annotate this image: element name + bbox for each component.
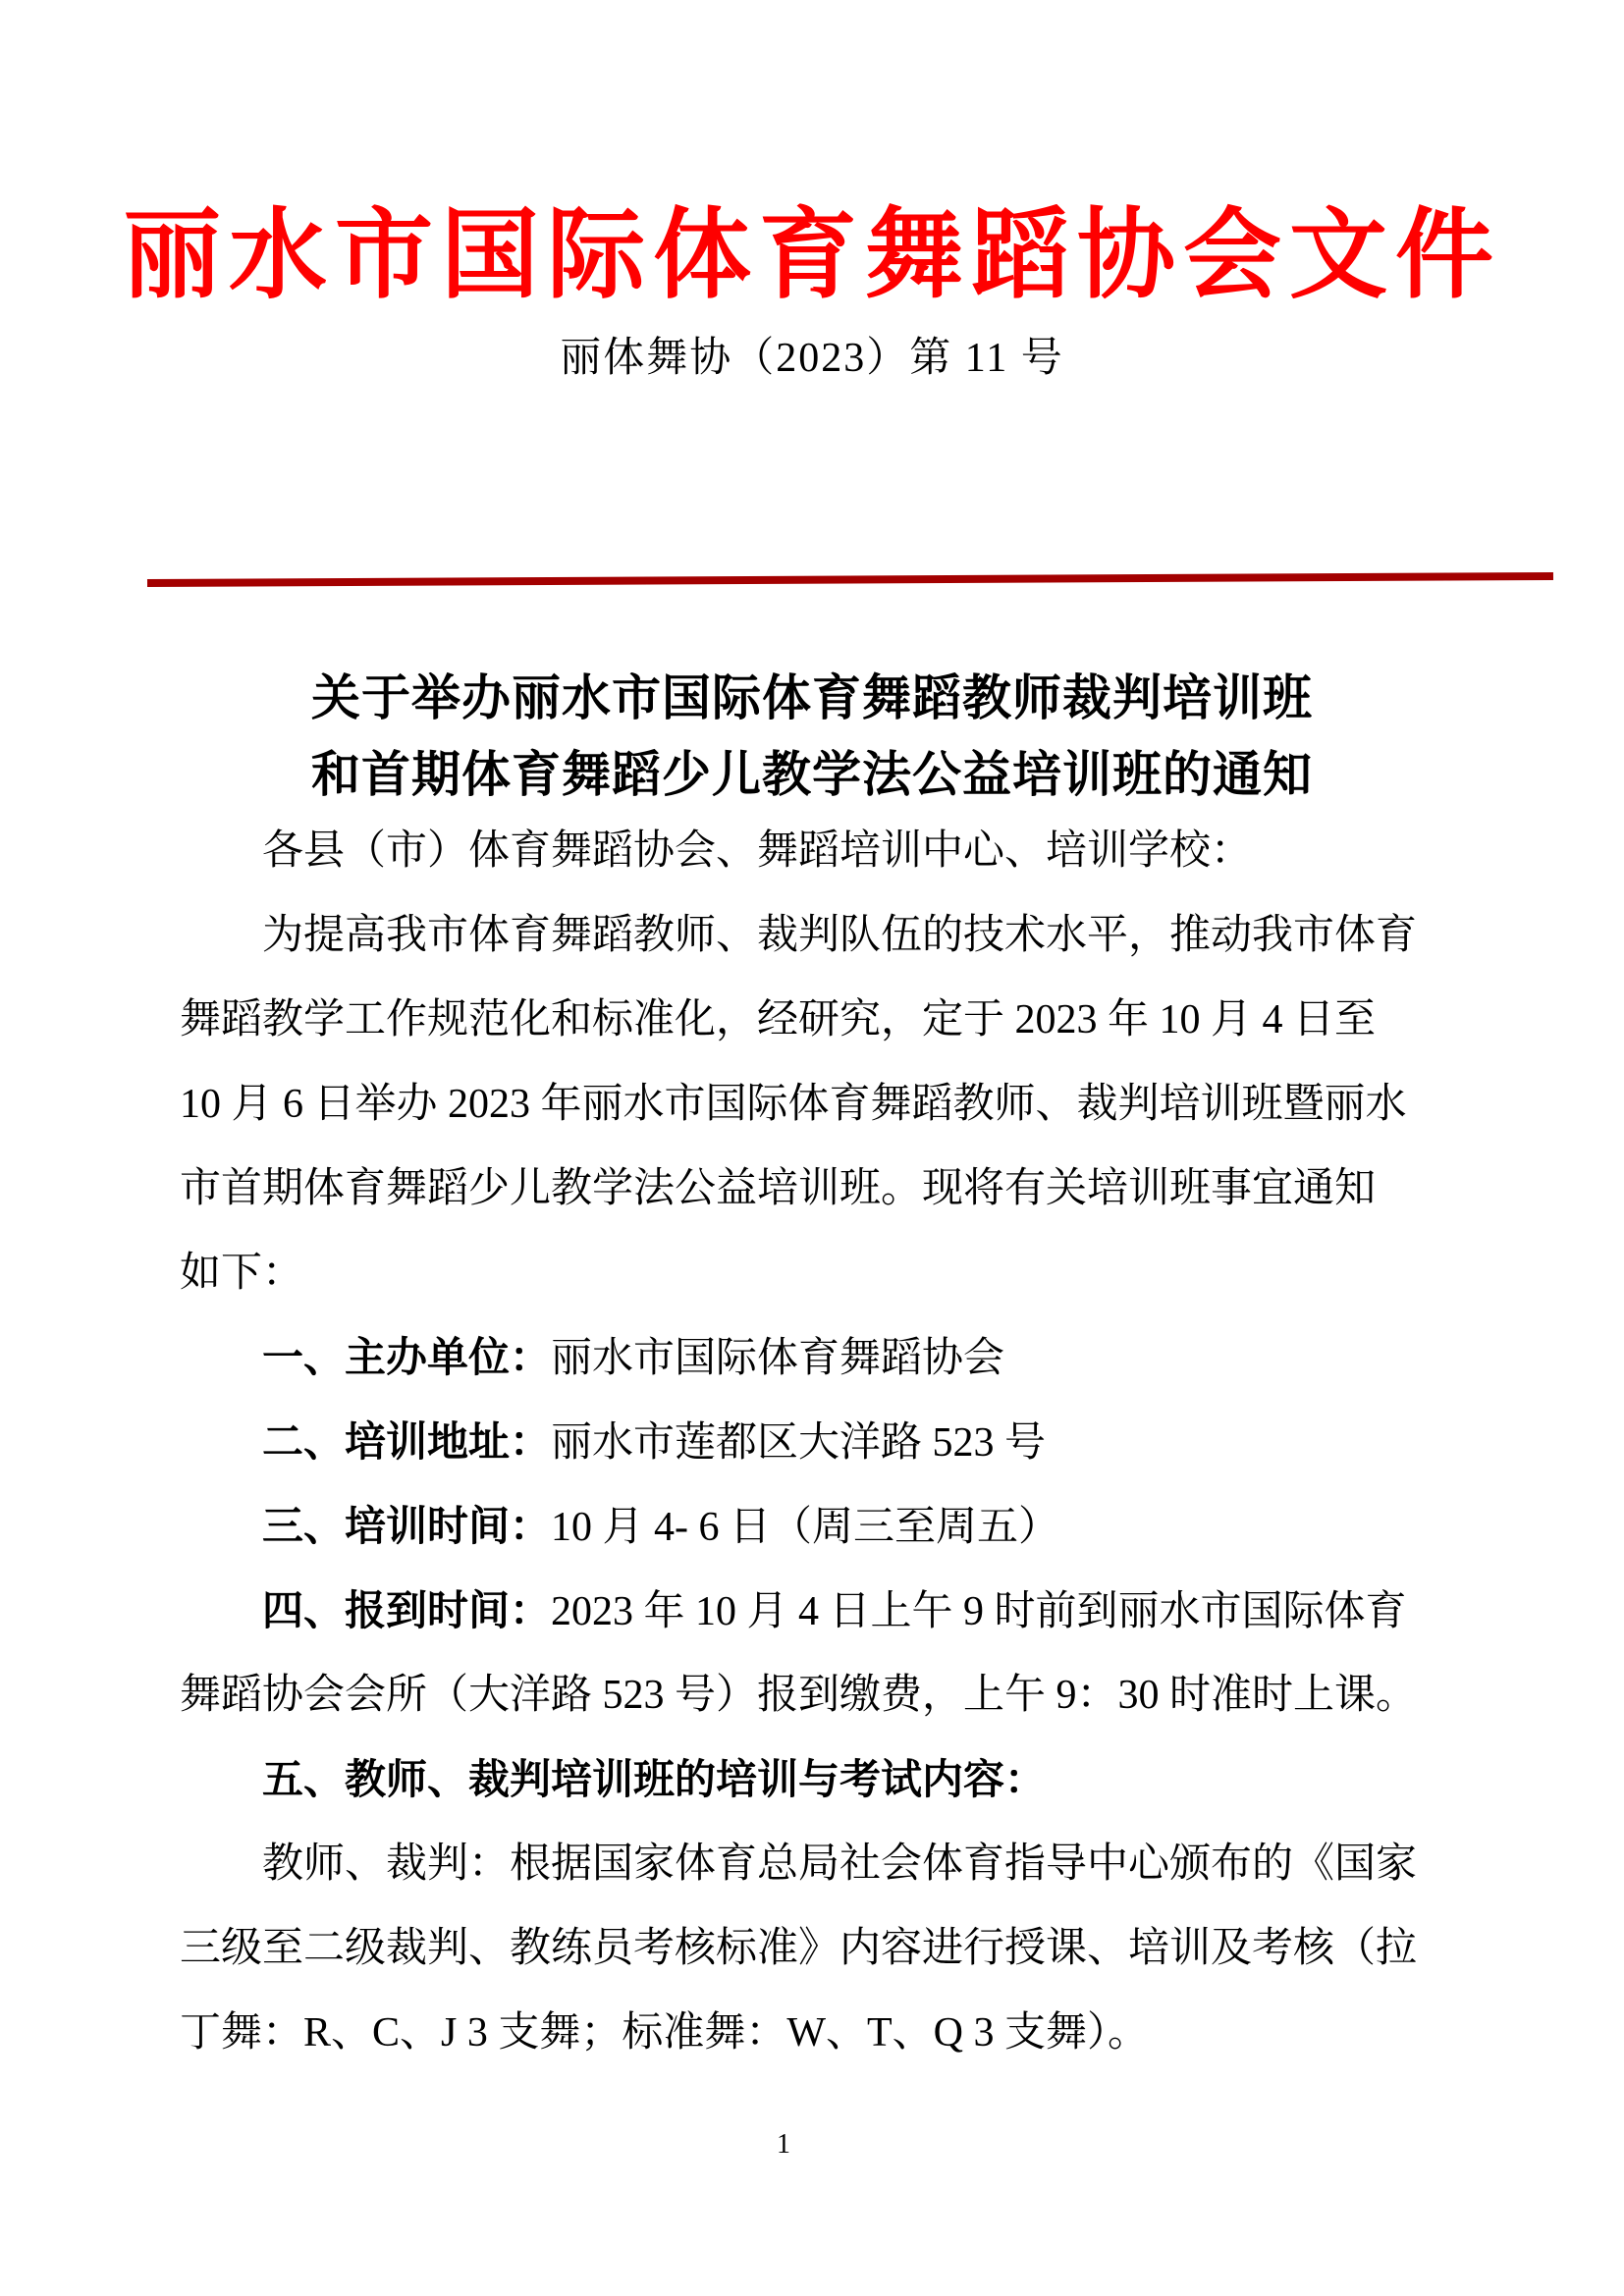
para1-line4: 市首期体育舞蹈少儿教学法公益培训班。现将有关培训班事宜通知 <box>180 1147 1397 1231</box>
para2-line2: 三级至二级裁判、教练员考核标准》内容进行授课、培训及考核（拉 <box>180 1906 1397 1991</box>
item-line-4: 四、报到时间：2023 年 10 月 4 日上午 9 时前到丽水市国际体育 <box>180 1569 1397 1653</box>
para1-line1: 为提高我市体育舞蹈教师、裁判队伍的技术水平，推动我市体育 <box>180 893 1397 978</box>
para2-line1: 教师、裁判：根据国家体育总局社会体育指导中心颁布的《国家 <box>180 1822 1397 1906</box>
item-line-4-continuation: 舞蹈协会会所（大洋路 523 号）报到缴费，上午 9：30 时准时上课。 <box>180 1653 1397 1737</box>
para2-line3: 丁舞：R、C、J 3 支舞；标准舞：W、T、Q 3 支舞）。 <box>180 1991 1397 2075</box>
notice-title-line1: 关于举办丽水市国际体育舞蹈教师裁判培训班 <box>0 660 1624 736</box>
red-separator-line <box>147 572 1553 587</box>
notice-title-line2: 和首期体育舞蹈少儿教学法公益培训班的通知 <box>0 736 1624 813</box>
page-number: 1 <box>0 2120 1567 2169</box>
para1-line5: 如下： <box>180 1231 1397 1315</box>
item-1-label: 一、主办单位： <box>262 1334 551 1380</box>
item-line-3: 三、培训时间：10 月 4- 6 日（周三至周五） <box>180 1484 1397 1569</box>
para1-line3: 10 月 6 日举办 2023 年丽水市国际体育舞蹈教师、裁判培训班暨丽水 <box>180 1062 1397 1147</box>
org-header-title: 丽水市国际体育舞蹈协会文件 <box>0 192 1624 320</box>
item-4-label: 四、报到时间： <box>262 1587 551 1633</box>
item-2-label: 二、培训地址： <box>262 1418 551 1465</box>
doc-number: 丽体舞协（2023）第 11 号 <box>0 324 1624 393</box>
item-3-value: 10 月 4- 6 日（周三至周五） <box>551 1505 1059 1550</box>
document-page: 丽水市国际体育舞蹈协会文件 丽体舞协（2023）第 11 号 关于举办丽水市国际… <box>0 0 1624 2296</box>
item-line-5: 五、教师、裁判培训班的培训与考试内容： <box>180 1737 1397 1822</box>
salutation-line: 各县（市）体育舞蹈协会、舞蹈培训中心、培训学校： <box>180 809 1397 893</box>
body-text: 各县（市）体育舞蹈协会、舞蹈培训中心、培训学校： 为提高我市体育舞蹈教师、裁判队… <box>180 809 1397 2075</box>
item-line-2: 二、培训地址：丽水市莲都区大洋路 523 号 <box>180 1400 1397 1484</box>
item-3-label: 三、培训时间： <box>262 1503 551 1549</box>
para1-line2: 舞蹈教学工作规范化和标准化，经研究，定于 2023 年 10 月 4 日至 <box>180 978 1397 1062</box>
item-2-value: 丽水市莲都区大洋路 523 号 <box>551 1420 1046 1466</box>
notice-title: 关于举办丽水市国际体育舞蹈教师裁判培训班 和首期体育舞蹈少儿教学法公益培训班的通… <box>0 660 1624 813</box>
item-4-value: 2023 年 10 月 4 日上午 9 时前到丽水市国际体育 <box>551 1589 1407 1634</box>
item-1-value: 丽水市国际体育舞蹈协会 <box>551 1336 1004 1381</box>
item-5-label: 五、教师、裁判培训班的培训与考试内容： <box>262 1756 1046 1802</box>
item-line-1: 一、主办单位：丽水市国际体育舞蹈协会 <box>180 1315 1397 1400</box>
